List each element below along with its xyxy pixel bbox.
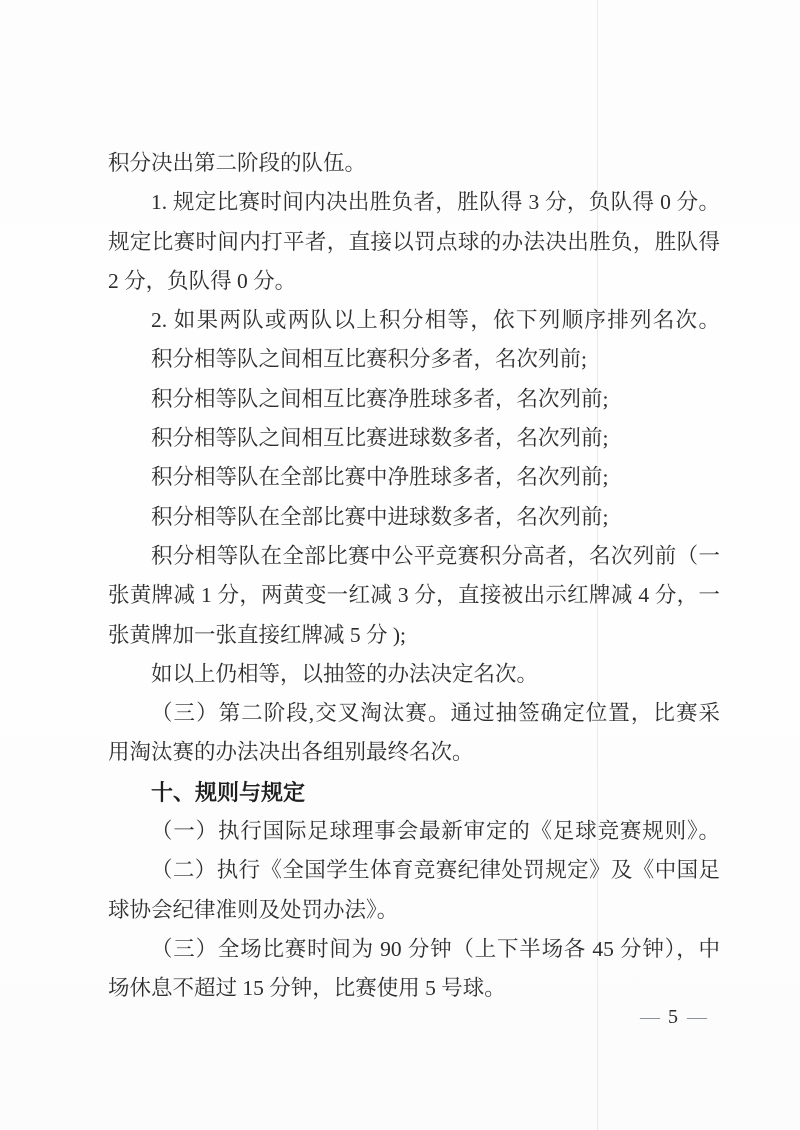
section-heading-rules: 十、规则与规定	[108, 773, 720, 812]
document-line: 积分相等队之间相互比赛进球数多者，名次列前;	[108, 419, 720, 458]
document-line: 张黄牌减 1 分，两黄变一红减 3 分，直接被出示红牌减 4 分，一	[108, 576, 720, 615]
document-line: 2 分，负队得 0 分。	[108, 262, 720, 301]
document-line: （三）第二阶段,交叉淘汰赛。通过抽签确定位置，比赛采	[108, 694, 720, 733]
page-number-dash-right: —	[687, 1006, 706, 1028]
document-line: 2. 如果两队或两队以上积分相等，依下列顺序排列名次。	[108, 301, 720, 340]
document-line: 球协会纪律准则及处罚办法》。	[108, 891, 720, 930]
page-number-value: 5	[668, 1006, 678, 1028]
page-number: —5—	[640, 1006, 706, 1029]
document-line: 1. 规定比赛时间内决出胜负者，胜队得 3 分，负队得 0 分。	[108, 183, 720, 222]
document-line: 积分相等队在全部比赛中进球数多者，名次列前;	[108, 498, 720, 537]
document-line: 用淘汰赛的办法决出各组别最终名次。	[108, 733, 720, 772]
document-line: 场休息不超过 15 分钟，比赛使用 5 号球。	[108, 969, 720, 1008]
document-text-block: 积分决出第二阶段的队伍。 1. 规定比赛时间内决出胜负者，胜队得 3 分，负队得…	[108, 144, 720, 1009]
document-line: 积分决出第二阶段的队伍。	[108, 144, 720, 183]
document-line: 规定比赛时间内打平者，直接以罚点球的办法决出胜负，胜队得	[108, 223, 720, 262]
document-line: （二）执行《全国学生体育竞赛纪律处罚规定》及《中国足	[108, 851, 720, 890]
document-page: 积分决出第二阶段的队伍。 1. 规定比赛时间内决出胜负者，胜队得 3 分，负队得…	[0, 0, 800, 1130]
document-line: 如以上仍相等，以抽签的办法决定名次。	[108, 655, 720, 694]
document-line: 积分相等队之间相互比赛净胜球多者，名次列前;	[108, 380, 720, 419]
document-line: 积分相等队在全部比赛中公平竞赛积分高者，名次列前（一	[108, 537, 720, 576]
document-line: （三）全场比赛时间为 90 分钟（上下半场各 45 分钟），中	[108, 930, 720, 969]
document-line: 积分相等队之间相互比赛积分多者，名次列前;	[108, 340, 720, 379]
document-line: 张黄牌加一张直接红牌减 5 分 );	[108, 616, 720, 655]
document-line: 积分相等队在全部比赛中净胜球多者，名次列前;	[108, 458, 720, 497]
page-number-dash-left: —	[640, 1006, 659, 1028]
document-line: （一）执行国际足球理事会最新审定的《足球竞赛规则》。	[108, 812, 720, 851]
